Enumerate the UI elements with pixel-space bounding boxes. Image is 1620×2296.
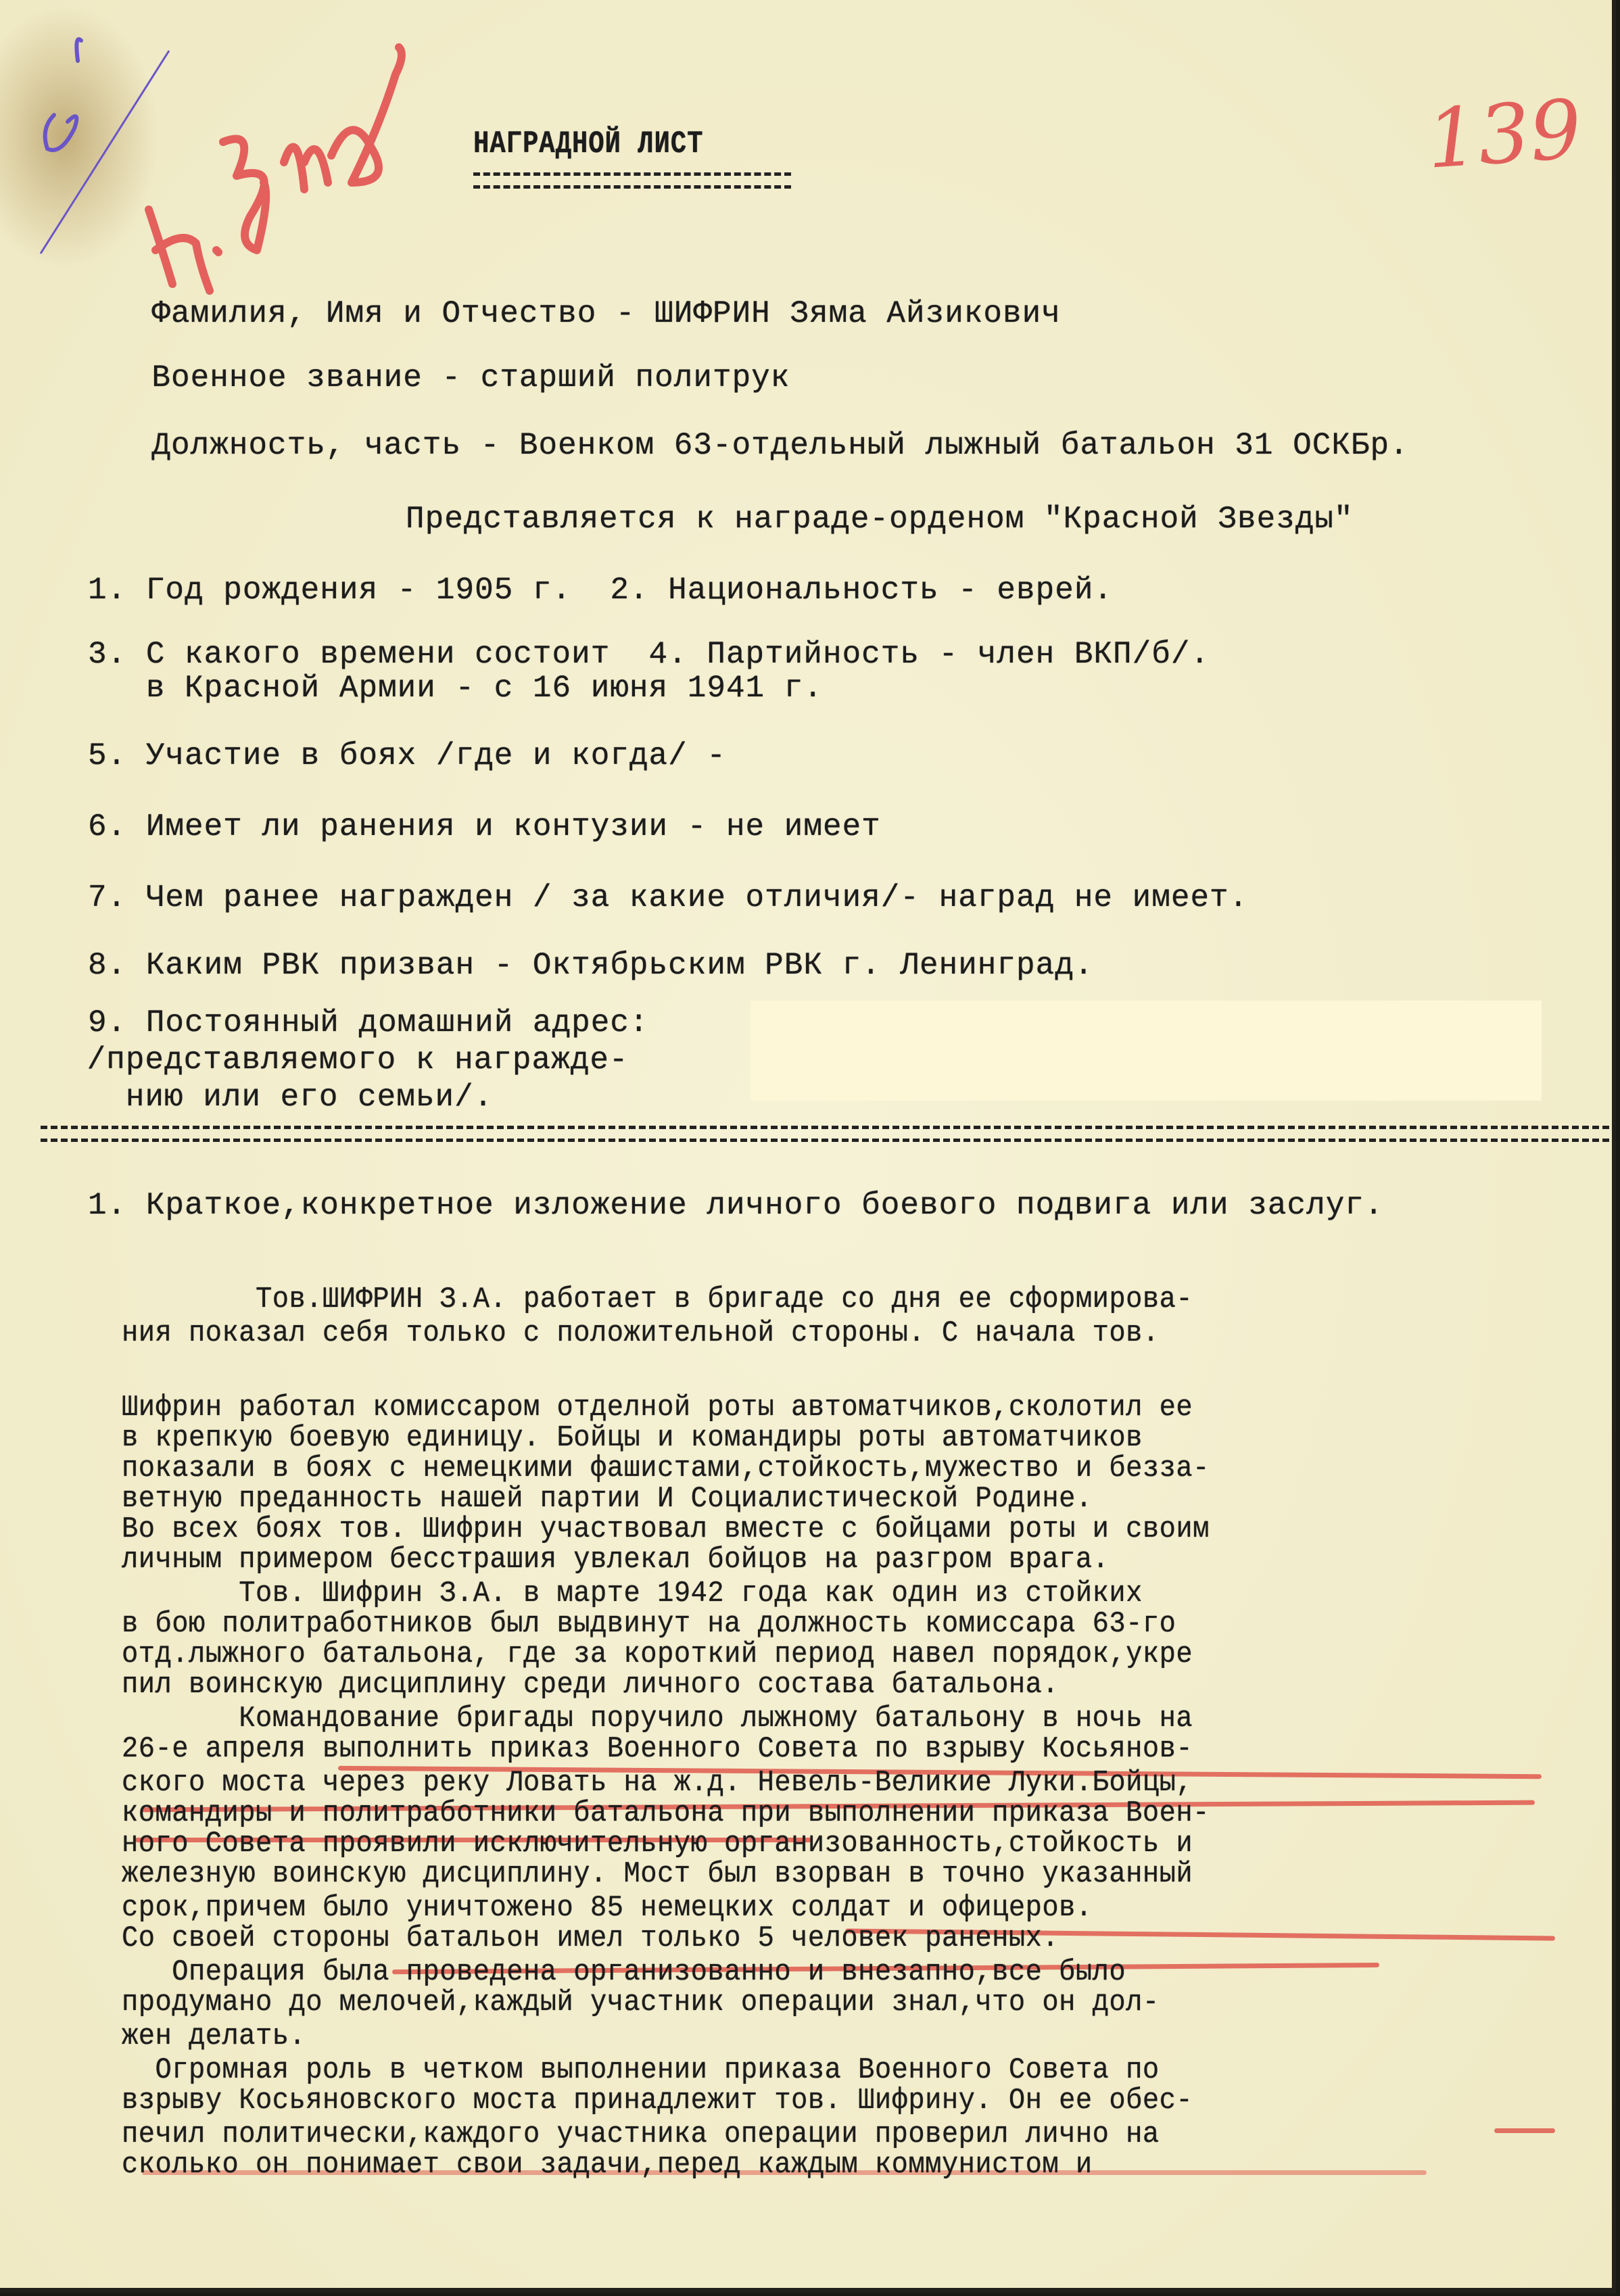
body-line: Командование бригады поручило лыжному ба… xyxy=(122,1704,1193,1733)
section-separator xyxy=(41,1126,1609,1142)
body-line: взрыву Косьяновского моста принадлежит т… xyxy=(122,2086,1193,2115)
item-5: 5. Участие в боях /где и когда/ - xyxy=(88,740,726,771)
body-line: отд.лыжного батальона, где за короткий п… xyxy=(122,1640,1193,1669)
field-value: ШИФРИН Зяма Айзикович xyxy=(654,296,1061,331)
body-line: пил воинскую дисциплину среди личного со… xyxy=(122,1670,1059,1700)
body-line: в крепкую боевую единицу. Бойцы и команд… xyxy=(122,1423,1143,1453)
body-line: личным примером бесстрашия увлекал бойцо… xyxy=(122,1545,1109,1575)
body-line: ветную преданность нашей партии И Социал… xyxy=(122,1484,1093,1514)
body-line: Огромная роль в четком выполнении приказ… xyxy=(122,2055,1160,2085)
nomination-line: Представляется к награде-орденом "Красно… xyxy=(406,504,1354,535)
redacted-address xyxy=(751,1001,1542,1101)
item-3-4: 3. С какого времени состоит 4. Партийнос… xyxy=(88,639,1210,670)
body-line: в бою политработников был выдвинут на до… xyxy=(122,1609,1176,1639)
body-line: ния показал себя только с положительной … xyxy=(122,1318,1160,1348)
body-line: продумано до мелочей,каждый участник опе… xyxy=(122,1988,1160,2017)
body-line: печил политически,каждого участника опер… xyxy=(122,2120,1160,2149)
body-line: ного Совета проявили исключительную орга… xyxy=(122,1829,1193,1859)
page-title: НАГРАДНОЙ ЛИСТ xyxy=(473,128,703,160)
body-line: железную воинскую дисциплину. Мост был в… xyxy=(122,1859,1193,1889)
body-line: Тов.ШИФРИН З.А. работает в бригаде со дн… xyxy=(122,1285,1193,1314)
body-line: Со своей стороны батальон имел только 5 … xyxy=(122,1923,1059,1953)
red-underline xyxy=(1494,2128,1555,2133)
body-line: Операция была проведена организованно и … xyxy=(122,1957,1126,1987)
item-9: 9. Постоянный домашний адрес: xyxy=(88,1007,649,1038)
section-heading: 1. Краткое,конкретное изложение личного … xyxy=(88,1190,1384,1221)
item-6: 6. Имеет ли ранения и контузии - не имее… xyxy=(88,811,881,842)
body-line: 26-е апреля выполнить приказ Военного Со… xyxy=(122,1734,1193,1764)
body-line: Во всех боях тов. Шифрин участвовал вмес… xyxy=(122,1514,1210,1544)
body-line: командиры и политработники батальона при… xyxy=(122,1798,1210,1828)
item-7: 7. Чем ранее награжден / за какие отличи… xyxy=(88,882,1248,913)
body-line: Тов. Шифрин З.А. в марте 1942 года как о… xyxy=(122,1579,1143,1608)
award-sheet-page: 139 НАГРАДНОЙ ЛИСТ Фамилия, Имя и Отчест… xyxy=(0,0,1616,2293)
item-9-cont-1: /представляемого к награжде- xyxy=(68,1045,629,1076)
field-label: Военное звание xyxy=(151,360,422,396)
field-value: старший политрук xyxy=(481,360,790,396)
item-9-cont-2: нию или его семьи/. xyxy=(68,1082,493,1113)
body-line: сколько он понимает свои задачи,перед ка… xyxy=(122,2150,1093,2180)
item-3-cont: в Красной Армии - с 16 июня 1941 г. xyxy=(88,673,823,704)
field-label: Должность, часть xyxy=(151,428,461,463)
body-line: ского моста через реку Ловать на ж.д. Не… xyxy=(122,1768,1193,1798)
field-value: Военком 63-отдельный лыжный батальон 31 … xyxy=(519,428,1409,463)
title-underline xyxy=(473,172,791,189)
field-position: Должность, часть - Военком 63-отдельный … xyxy=(74,399,1409,492)
body-line: показали в боях с немецкими фашистами,ст… xyxy=(122,1454,1210,1483)
handwritten-page-number: 139 xyxy=(1423,82,1584,187)
body-line: жен делать. xyxy=(122,2022,306,2051)
body-line: Шифрин работал комиссаром отделной роты … xyxy=(122,1393,1193,1422)
field-label: Фамилия, Имя и Отчество xyxy=(151,296,596,331)
item-8: 8. Каким РВК призван - Октябрьским РВК г… xyxy=(88,950,1093,981)
body-line: срок,причем было уничтожено 85 немецких … xyxy=(122,1893,1093,1923)
item-1-2: 1. Год рождения - 1905 г. 2. Национально… xyxy=(88,575,1113,606)
